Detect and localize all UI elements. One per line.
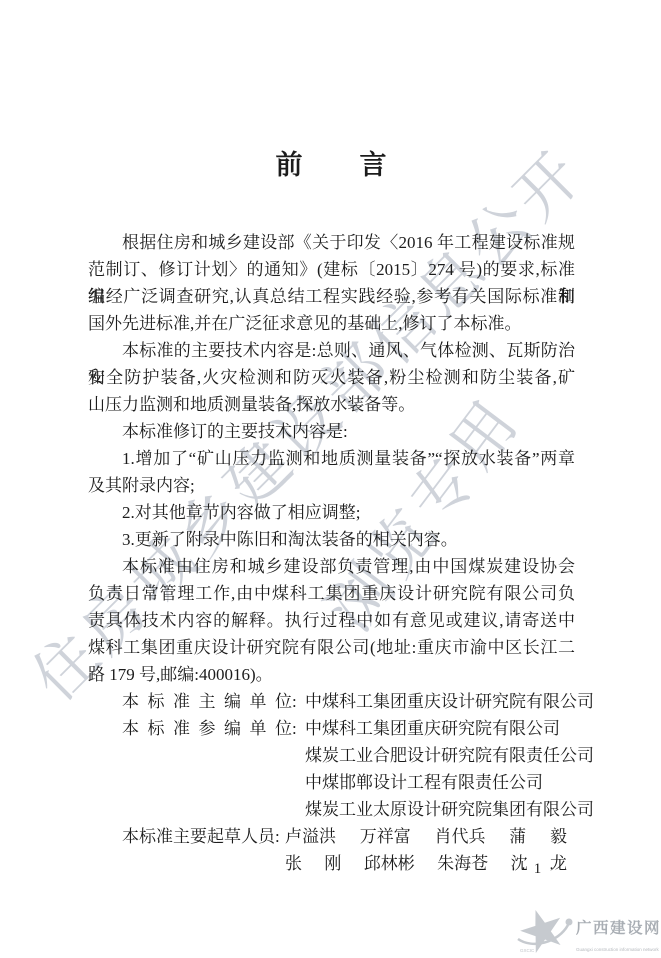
drafter-name: 肖代兵 (435, 823, 486, 850)
body-line: 本标准由住房和城乡建设部负责管理,由中国煤炭建设协会 (88, 553, 575, 580)
drafter-name: 蒲 (509, 823, 526, 850)
body-line: 国外先进标准,并在广泛征求意见的基础上,修订了本标准。 (88, 310, 575, 337)
logo-site-name: 广西建设网 (576, 920, 661, 937)
body-line: 及其附录内容; (88, 472, 575, 499)
drafter-name: 万祥富 (360, 823, 411, 850)
body-line: 路 179 号,邮编:400016)。 (88, 661, 575, 688)
body-line: 煤科工集团重庆设计研究院有限公司(地址:重庆市渝中区长江二 (88, 634, 575, 661)
chief-editor-value: 中煤科工集团重庆设计研究院有限公司 (305, 688, 575, 715)
body-line: 本标准的主要技术内容是:总则、通风、气体检测、瓦斯防治和 (88, 337, 575, 364)
star-logo-icon: GXCIC (514, 905, 574, 958)
logo-tagline: Guangxi construction information network (576, 947, 659, 952)
site-logo: GXCIC 广西建设网 Guangxi construction informa… (514, 903, 660, 953)
body-line: 责具体技术内容的解释。执行过程中如有意见或建议,请寄送中 (88, 607, 575, 634)
participating-unit: 中煤邯郸设计工程有限责任公司 (305, 769, 575, 796)
participating-unit: 煤炭工业太原设计研究院集团有限公司 (305, 796, 575, 823)
document-page: 住房城乡建设部信息公开 浏览专用 前 言 根据住房和城乡建设部《关于印发〈201… (0, 0, 661, 958)
page-title: 前 言 (88, 151, 575, 180)
preface-body: 根据住房和城乡建设部《关于印发〈2016 年工程建设标准规 范制订、修订计划〉的… (88, 229, 575, 877)
drafters-name-row: 卢溢洪 万祥富 肖代兵 蒲 毅 (285, 823, 567, 850)
body-line: 负责日常管理工作,由中煤科工集团重庆设计研究院有限公司负 (88, 580, 575, 607)
body-line: 本标准修订的主要技术内容是: (88, 418, 575, 445)
participating-unit: 中煤科工集团重庆研究院有限公司 (305, 715, 575, 742)
body-line: 组经广泛调查研究,认真总结工程实践经验,参考有关国际标准和 (88, 283, 575, 310)
body-line: 1.增加了“矿山压力监测和地质测量装备”“探放水装备”两章 (88, 445, 575, 472)
participating-units-row: 本 标 准 参 编 单 位: 中煤科工集团重庆研究院有限公司 煤炭工业合肥设计研… (88, 715, 575, 823)
participating-unit: 煤炭工业合肥设计研究院有限责任公司 (305, 742, 575, 769)
body-line: 安全防护装备,火灾检测和防灭火装备,粉尘检测和防尘装备,矿 (88, 364, 575, 391)
body-line: 山压力监测和地质测量装备,探放水装备等。 (88, 391, 575, 418)
drafter-name: 卢溢洪 (285, 823, 336, 850)
drafters-label: 本标准主要起草人员: (122, 823, 280, 850)
body-line: 范制订、修订计划〉的通知》(建标〔2015〕274 号)的要求,标准编制 (88, 256, 575, 283)
chief-editor-row: 本 标 准 主 编 单 位: 中煤科工集团重庆设计研究院有限公司 (88, 688, 575, 715)
chief-editor-label: 本 标 准 主 编 单 位: (122, 688, 297, 715)
page-number: · 1 · (88, 861, 556, 878)
body-line: 2.对其他章节内容做了相应调整; (88, 499, 575, 526)
body-line: 3.更新了附录中陈旧和淘汰装备的相关内容。 (88, 526, 575, 553)
body-line: 根据住房和城乡建设部《关于印发〈2016 年工程建设标准规 (88, 229, 575, 256)
participating-units-label: 本 标 准 参 编 单 位: (122, 715, 297, 742)
svg-text:GXCIC: GXCIC (520, 948, 535, 953)
drafter-name: 毅 (550, 823, 567, 850)
